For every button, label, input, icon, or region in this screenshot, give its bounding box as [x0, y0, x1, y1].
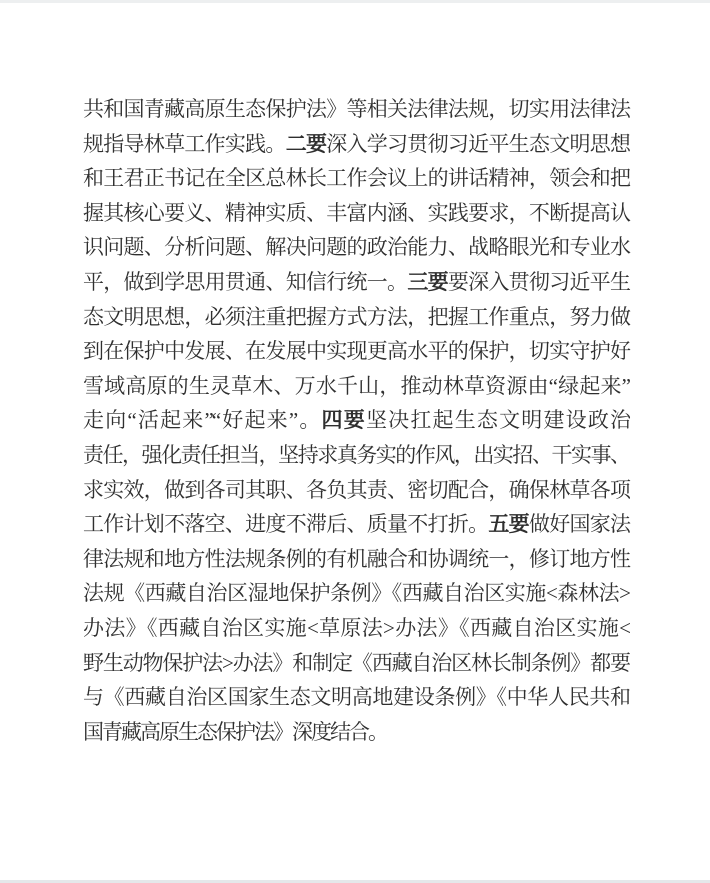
text-segment: 坚决扛起生态文明建设政治 — [366, 408, 629, 432]
text-segment: 国青藏高原生态保护法》深度结合。 — [83, 720, 387, 744]
body-text: 共和国青藏高原生态保护法》等相关法律法规，切实用法律法规指导林草工作实践。二要深… — [83, 92, 629, 749]
text-line: 国青藏高原生态保护法》深度结合。 — [83, 715, 629, 750]
text-line: 握其核心要义、精神实质、丰富内涵、实践要求，不断提高认 — [83, 196, 629, 231]
text-line: 平，做到学思用贯通、知信行统一。三要要深入贯彻习近平生 — [83, 265, 629, 300]
text-segment: 做好国家法 — [529, 512, 629, 536]
text-segment: 平，做到学思用贯通、知信行统一。 — [83, 270, 407, 294]
text-segment: 责任，强化责任担当，坚持求真务实的作风，出实招、干实事、 — [83, 443, 629, 467]
bold-emphasis: 三要 — [407, 270, 448, 294]
text-segment: 走向“活起来”“好起来”。 — [83, 408, 322, 432]
text-segment: 规指导林草工作实践。 — [83, 132, 286, 156]
text-line: 和王君正书记在全区总林长工作会议上的讲话精神，领会和把 — [83, 161, 629, 196]
text-segment: 工作计划不落空、进度不滞后、质量不打折。 — [83, 512, 488, 536]
bold-emphasis: 四要 — [322, 408, 366, 432]
text-line: 求实效，做到各司其职、各负其责、密切配合，确保林草各项 — [83, 473, 629, 508]
text-line: 共和国青藏高原生态保护法》等相关法律法规，切实用法律法 — [83, 92, 629, 127]
text-line: 到在保护中发展、在发展中实现更高水平的保护，切实守护好 — [83, 334, 629, 369]
bold-emphasis: 五要 — [488, 512, 529, 536]
text-segment: 态文明思想，必须注重把握方式方法，把握工作重点，努力做 — [83, 305, 629, 329]
text-line: 走向“活起来”“好起来”。四要坚决扛起生态文明建设政治 — [83, 403, 629, 438]
text-line: 责任，强化责任担当，坚持求真务实的作风，出实招、干实事、 — [83, 438, 629, 473]
text-segment: 野生动物保护法>办法》和制定《西藏自治区林长制条例》都要 — [83, 651, 629, 675]
text-segment: 要深入贯彻习近平生 — [448, 270, 629, 294]
bold-emphasis: 二要 — [286, 132, 327, 156]
text-line: 律法规和地方性法规条例的有机融合和协调统一，修订地方性 — [83, 542, 629, 577]
text-line: 办法》《西藏自治区实施<草原法>办法》《西藏自治区实施< — [83, 611, 629, 646]
text-segment: 和王君正书记在全区总林长工作会议上的讲话精神，领会和把 — [83, 166, 629, 190]
text-segment: 求实效，做到各司其职、各负其责、密切配合，确保林草各项 — [83, 478, 629, 502]
text-segment: 办法》《西藏自治区实施<草原法>办法》《西藏自治区实施< — [83, 616, 629, 640]
text-line: 野生动物保护法>办法》和制定《西藏自治区林长制条例》都要 — [83, 646, 629, 681]
text-segment: 握其核心要义、精神实质、丰富内涵、实践要求，不断提高认 — [83, 201, 629, 225]
text-line: 法规《西藏自治区湿地保护条例》《西藏自治区实施<森林法> — [83, 576, 629, 611]
text-line: 与《西藏自治区国家生态文明高地建设条例》《中华人民共和 — [83, 680, 629, 715]
text-segment: 识问题、分析问题、解决问题的政治能力、战略眼光和专业水 — [83, 235, 629, 259]
text-line: 雪域高原的生灵草木、万水千山，推动林草资源由“绿起来” — [83, 369, 629, 404]
text-line: 工作计划不落空、进度不滞后、质量不打折。五要做好国家法 — [83, 507, 629, 542]
text-line: 识问题、分析问题、解决问题的政治能力、战略眼光和专业水 — [83, 230, 629, 265]
text-segment: 法规《西藏自治区湿地保护条例》《西藏自治区实施<森林法> — [83, 581, 629, 605]
text-segment: 共和国青藏高原生态保护法》等相关法律法规，切实用法律法 — [83, 97, 629, 121]
document-page: 共和国青藏高原生态保护法》等相关法律法规，切实用法律法规指导林草工作实践。二要深… — [0, 0, 710, 883]
page-edge-top — [0, 0, 710, 3]
text-line: 态文明思想，必须注重把握方式方法，把握工作重点，努力做 — [83, 300, 629, 335]
text-segment: 律法规和地方性法规条例的有机融合和协调统一，修订地方性 — [83, 547, 629, 571]
text-segment: 雪域高原的生灵草木、万水千山，推动林草资源由“绿起来” — [83, 374, 629, 398]
text-segment: 深入学习贯彻习近平生态文明思想 — [326, 132, 629, 156]
text-segment: 到在保护中发展、在发展中实现更高水平的保护，切实守护好 — [83, 339, 629, 363]
text-line: 规指导林草工作实践。二要深入学习贯彻习近平生态文明思想 — [83, 127, 629, 162]
text-segment: 与《西藏自治区国家生态文明高地建设条例》《中华人民共和 — [83, 685, 629, 709]
